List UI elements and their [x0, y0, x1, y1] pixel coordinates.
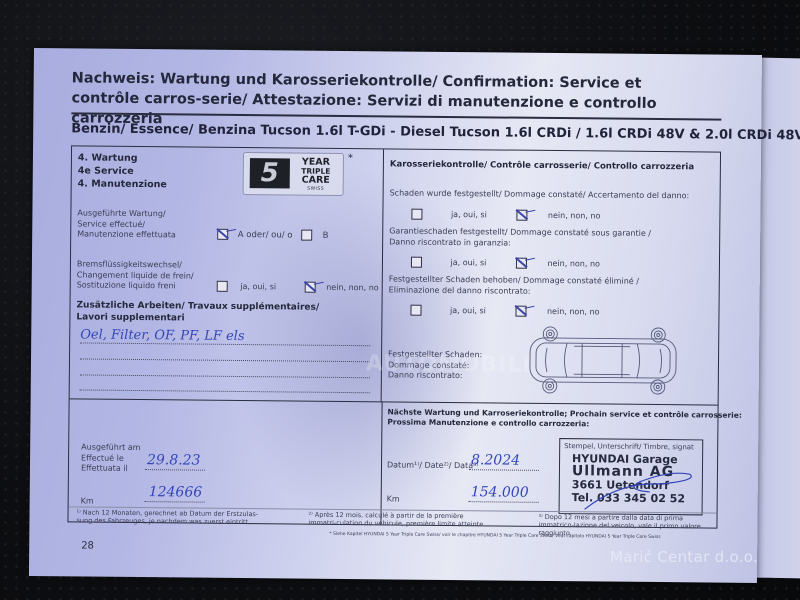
asterisk-note: * — [348, 153, 353, 164]
body-check-heading: Karosseriekontrolle/ Contrôle carrosseri… — [390, 158, 694, 174]
footnote-fr: ²⁾ Après 12 mois, calculé à partir de la… — [308, 511, 488, 529]
service-form: 4. Wartung 4e Service 4. Manutenzione 5 … — [67, 145, 721, 528]
brake-fluid-no-checkbox[interactable] — [305, 282, 316, 293]
next-service-date-field[interactable]: 8.2024 — [471, 452, 520, 468]
car-diagram-icon[interactable] — [522, 326, 683, 396]
performed-on-label: Ausgeführt am Effectué le Effettuata il — [81, 442, 141, 474]
page-number: 28 — [81, 540, 94, 551]
label-de: Ausgeführt am — [81, 442, 140, 453]
no-label: nein, non, no — [548, 211, 601, 221]
writing-line — [80, 374, 370, 378]
service-option-row: A oder/ ou/ o B — [217, 229, 328, 242]
dealer-stamp-box: Stempel, Unterschrift/ Timbre, signature… — [559, 438, 704, 515]
question-1-yes-checkbox[interactable] — [411, 209, 422, 220]
no-label: nein, non, no — [326, 283, 379, 293]
additional-work-heading: Zusätzliche Arbeiten/ Travaux supplément… — [76, 299, 319, 325]
label-line-2: Lavori supplementari — [76, 311, 319, 325]
label-it: Manutenzione effettuata — [77, 229, 176, 240]
signature-icon — [580, 461, 700, 512]
label-it: Effettuata il — [81, 463, 140, 474]
km-line — [145, 501, 205, 503]
writing-line — [80, 389, 370, 393]
question-2-options: ja, oui, si nein, non, no — [411, 257, 600, 270]
brake-fluid-yes-checkbox[interactable] — [217, 281, 228, 292]
question-3-options: ja, oui, si nein, non, no — [410, 305, 599, 318]
stamp-label: Stempel, Unterschrift/ Timbre, signature… — [564, 442, 694, 451]
date-line — [145, 469, 205, 471]
center-watermark: AUTOMOBILI — [366, 351, 532, 378]
brake-fluid-label: Bremsflüssigkeitswechsel/ Changement liq… — [77, 259, 194, 292]
next-service-heading: Nächste Wartung und Karroseriekontrolle;… — [387, 407, 742, 430]
option-b-label: B — [323, 231, 329, 241]
performed-date-field[interactable]: 29.8.23 — [147, 452, 201, 469]
heading-fr: 4e Service — [78, 164, 167, 178]
option-b-checkbox[interactable] — [301, 230, 312, 241]
writing-line — [80, 358, 370, 362]
yes-label: ja, oui, si — [450, 306, 486, 315]
yes-label: ja, oui, si — [240, 282, 276, 291]
question-3-no-checkbox[interactable] — [515, 306, 526, 317]
logo-year: YEAR — [294, 158, 338, 167]
heading-it: 4. Manutenzione — [78, 177, 167, 191]
five-year-triple-care-logo: 5 YEAR TRIPLE CARE SWISS — [243, 152, 344, 196]
next-service-km-field[interactable]: 154.000 — [471, 484, 529, 501]
no-label: nein, non, no — [547, 307, 600, 317]
service-section: 4. Wartung 4e Service 4. Manutenzione 5 … — [70, 146, 384, 401]
footnote-de: ¹⁾ Nach 12 Monaten, gerechnet ab Datum d… — [76, 508, 266, 526]
question-1-label: Schaden wurde festgestellt/ Dommage cons… — [390, 188, 690, 201]
brake-fluid-options: ja, oui, si nein, non, no — [217, 281, 379, 294]
question-2-yes-checkbox[interactable] — [411, 257, 422, 268]
heading-de: 4. Wartung — [78, 151, 167, 165]
question-3-label: Festgestellter Schaden behoben/ Dommage … — [389, 274, 639, 297]
logo-care: CARE — [294, 175, 338, 184]
service-booklet-page: Nachweis: Wartung und Karosseriekontroll… — [29, 48, 762, 583]
km-label: Km — [81, 496, 94, 507]
question-1-no-checkbox[interactable] — [516, 210, 527, 221]
logo-number: 5 — [250, 158, 290, 188]
performed-km-field[interactable]: 124666 — [149, 484, 203, 501]
yes-label: ja, oui, si — [451, 210, 487, 219]
additional-work-handwritten[interactable]: Oel, Filter, OF, PF, LF els — [80, 327, 244, 344]
watermark-text: AUTOMOBILI — [366, 351, 532, 378]
label-de: Ausgeführte Wartung/ — [77, 208, 176, 219]
question-3-yes-checkbox[interactable] — [410, 305, 421, 316]
question-2-no-checkbox[interactable] — [516, 258, 527, 269]
next-date-line — [469, 469, 539, 471]
option-a-checkbox[interactable] — [217, 229, 228, 240]
performed-service-label: Ausgeführte Wartung/ Service effectué/ M… — [77, 208, 176, 240]
question-1-options: ja, oui, si nein, non, no — [411, 209, 600, 222]
logo-text: YEAR TRIPLE CARE SWISS — [294, 158, 338, 194]
next-km-line — [469, 501, 539, 503]
no-label: nein, non, no — [547, 259, 600, 269]
yes-label: ja, oui, si — [450, 258, 486, 267]
corner-watermark: Marić Centar d.o.o. — [610, 548, 758, 566]
next-date-label: Datum¹⁾/ Date²⁾/ Data³⁾ — [387, 460, 478, 471]
next-km-label: Km — [387, 494, 400, 505]
option-a-label: A oder/ ou/ o — [238, 230, 293, 241]
label-it: Sostituzione liquido freni — [77, 280, 194, 292]
writing-line — [80, 342, 370, 346]
question-2-label: Garantieschaden festgestellt/ Dommage co… — [389, 226, 651, 250]
label-fr: Effectué le — [81, 453, 140, 464]
column-divider — [380, 401, 382, 524]
logo-swiss: SWISS — [294, 184, 338, 193]
service-heading: 4. Wartung 4e Service 4. Manutenzione — [78, 151, 168, 191]
label-de: Bremsflüssigkeitswechsel/ — [77, 259, 194, 271]
